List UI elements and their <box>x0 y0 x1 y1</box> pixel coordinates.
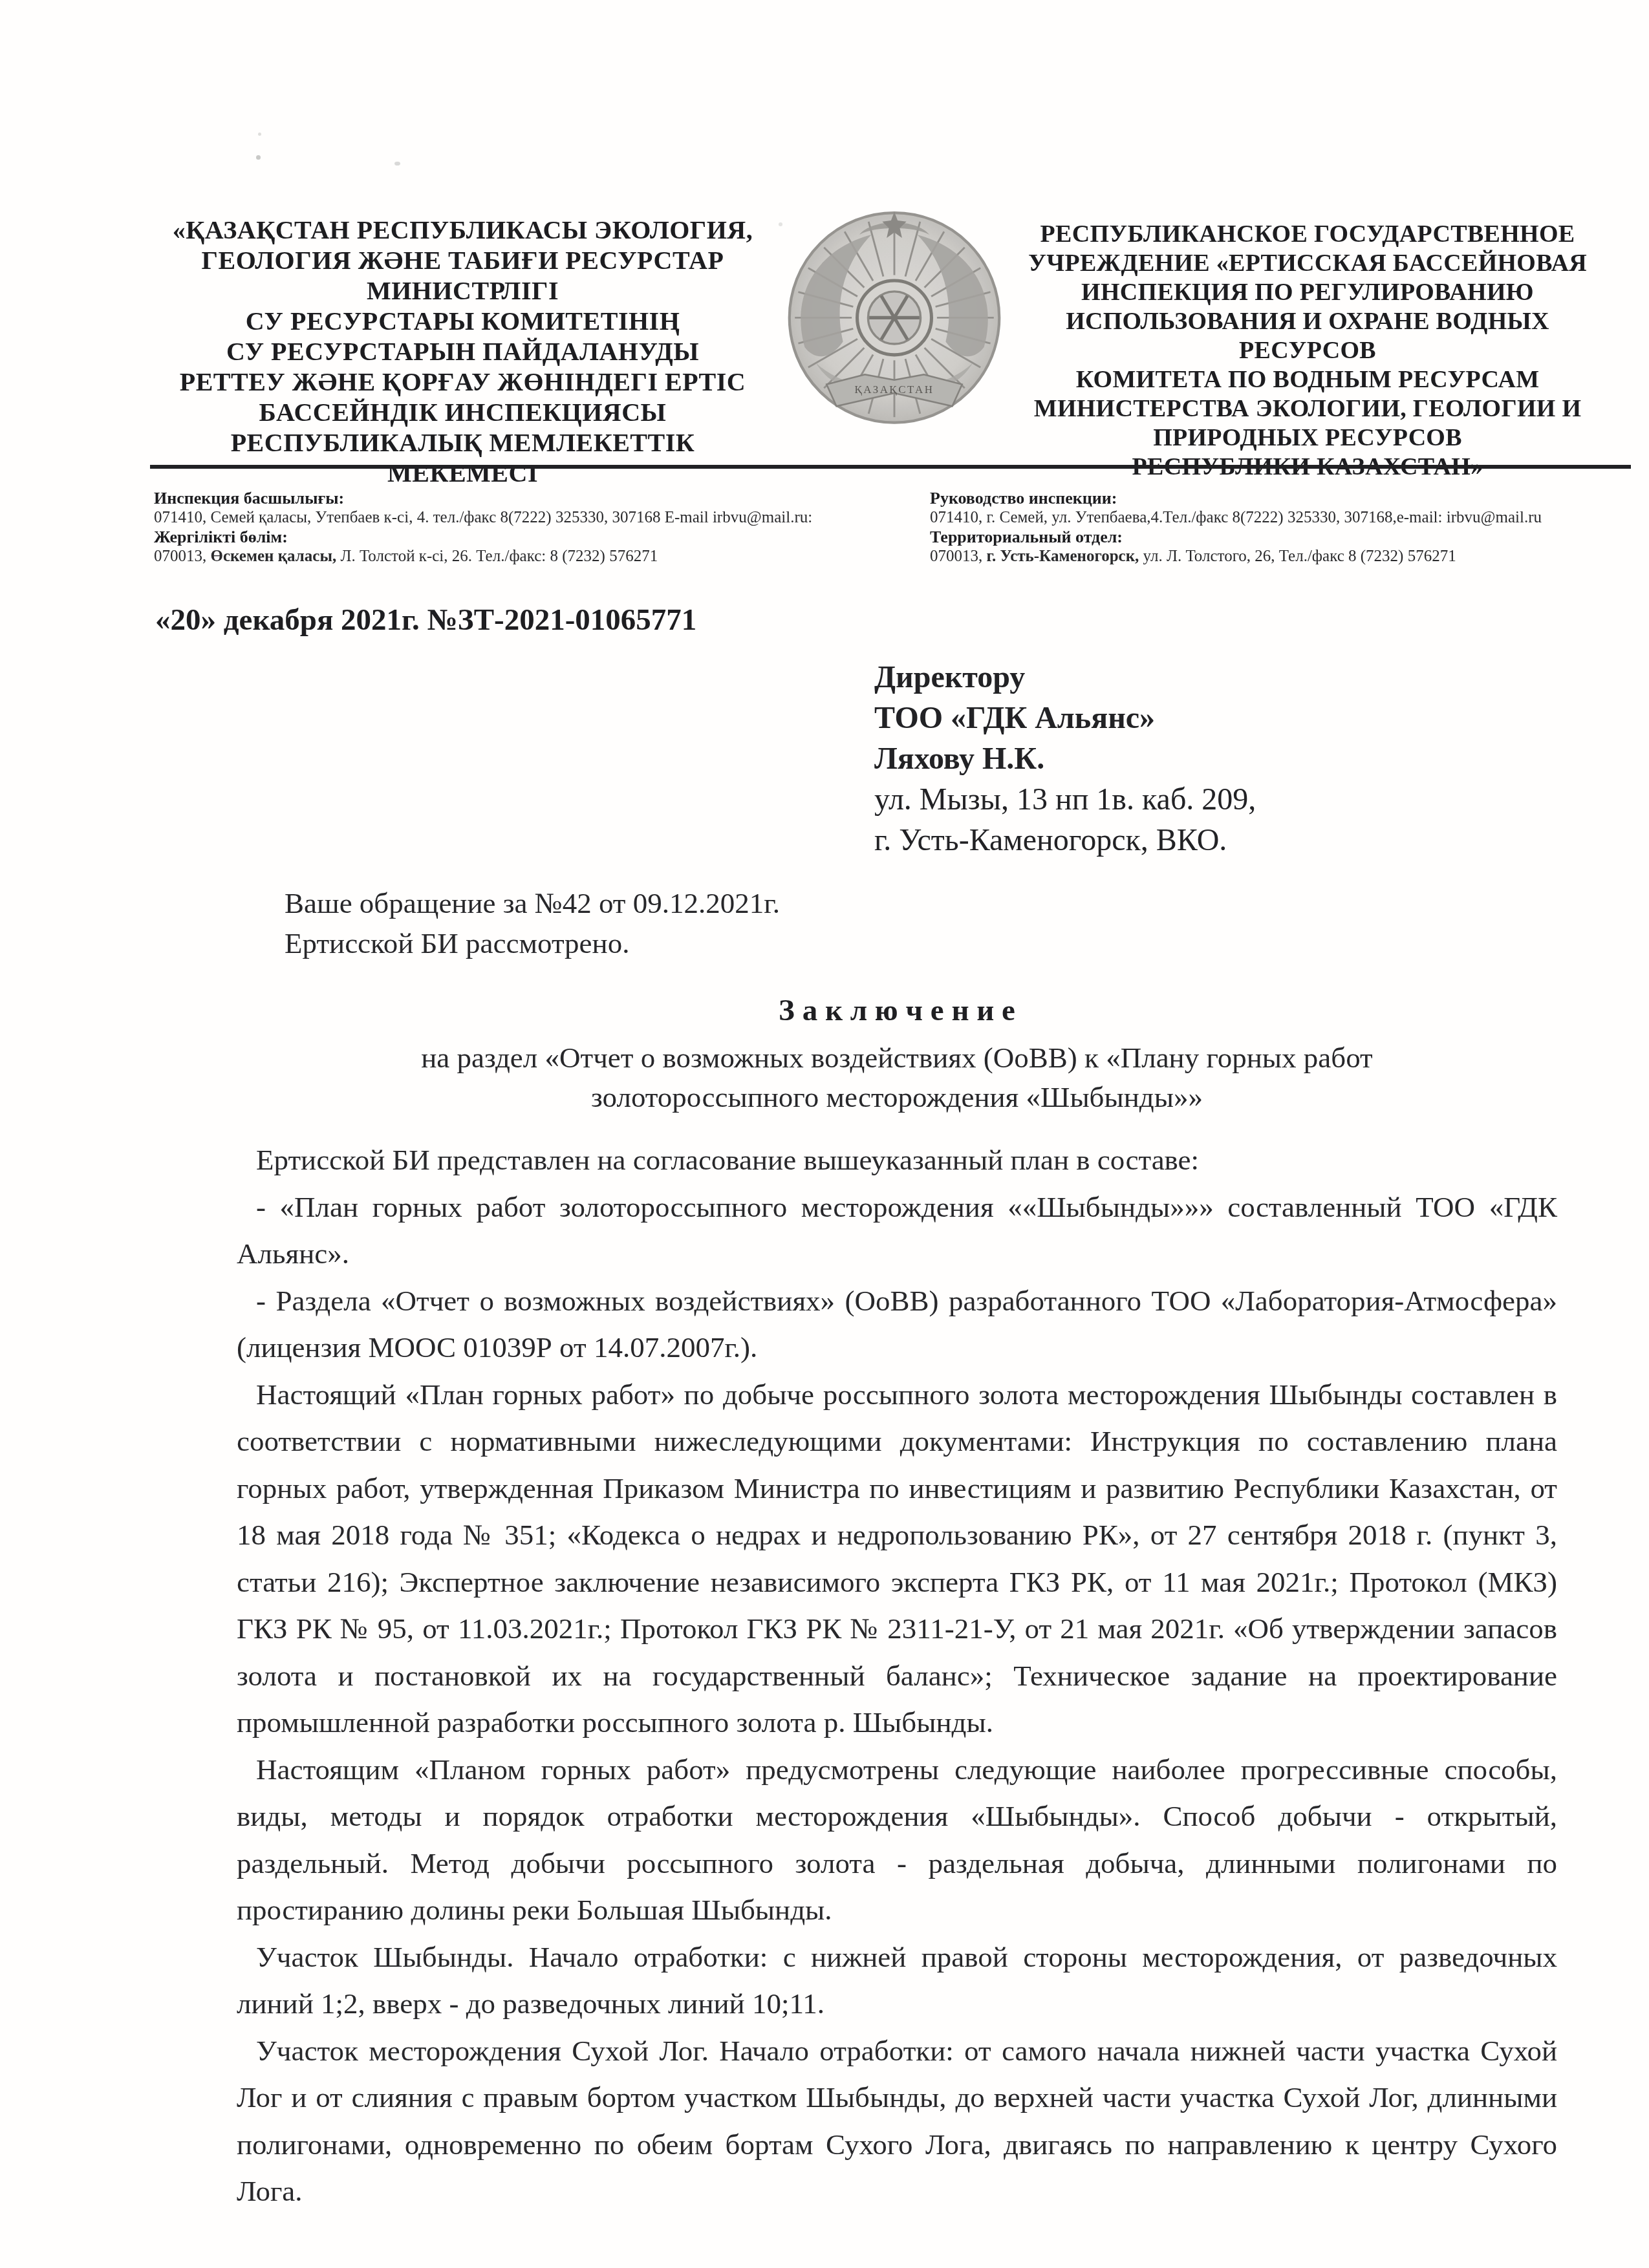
conclusion-title: З а к л ю ч е н и е <box>237 993 1557 1028</box>
contacts-kazakh: Инспекция басшылығы: 071410, Семей қалас… <box>154 489 904 566</box>
org-right-line: РЕСПУБЛИКАНСКОЕ ГОСУДАРСТВЕННОЕ <box>1020 220 1595 249</box>
contacts-right-title2: Территориальный отдел: <box>930 528 1615 547</box>
body-paragraph: - Раздела «Отчет о возможных воздействия… <box>237 1278 1557 1371</box>
conclusion-subtitle-line: на раздел «Отчет о возможных воздействия… <box>237 1038 1557 1078</box>
body-paragraph: Настоящим «Планом горных работ» предусмо… <box>237 1746 1557 1934</box>
contacts-left-title1: Инспекция басшылығы: <box>154 489 904 508</box>
org-left-line: РЕСПУБЛИКАЛЫҚ МЕМЛЕКЕТТІК МЕКЕМЕСІ <box>160 427 765 488</box>
scan-speck <box>258 133 261 136</box>
org-right-line: КОМИТЕТА ПО ВОДНЫМ РЕСУРСАМ <box>1020 365 1595 394</box>
contacts-left-title2: Жергілікті бөлім: <box>154 528 904 547</box>
address2-prefix: 070013, <box>930 548 987 565</box>
document-page: { "header": { "left_org": { "lines": [ "… <box>0 0 1649 2268</box>
intro-block: Ваше обращение за №42 от 09.12.2021г. Ер… <box>285 883 780 963</box>
scan-speck <box>394 162 400 166</box>
address2-rest: ул. Л. Толстого, 26, Тел./факс 8 (7232) … <box>1139 548 1456 565</box>
org-right-line: МИНИСТЕРСТВА ЭКОЛОГИИ, ГЕОЛОГИИ И <box>1020 394 1595 423</box>
address2-city: Өскемен қаласы, <box>211 548 337 565</box>
body-paragraph: Ертисской БИ представлен на согласование… <box>237 1137 1557 1184</box>
addressee-street: ул. Мызы, 13 нп 1в. каб. 209, <box>874 779 1256 820</box>
org-left-line: СУ РЕСУРСТАРЫ КОМИТЕТІНІҢ <box>160 306 765 336</box>
contacts-left-address2: 070013, Өскемен қаласы, Л. Толстой к-сі,… <box>154 547 904 566</box>
org-left-line: СУ РЕСУРСТАРЫН ПАЙДАЛАНУДЫ <box>160 336 765 367</box>
org-left-line: МИНИСТРЛІГІ <box>160 275 765 306</box>
body-paragraph: Участок месторождения Сухой Лог. Начало … <box>237 2027 1557 2215</box>
contacts-russian: Руководство инспекции: 071410, г. Семей,… <box>930 489 1615 566</box>
conclusion-heading: З а к л ю ч е н и е на раздел «Отчет о в… <box>237 993 1557 1117</box>
scan-speck <box>256 155 261 160</box>
address2-prefix: 070013, <box>154 548 211 565</box>
org-left-line: ГЕОЛОГИЯ ЖӘНЕ ТАБИҒИ РЕСУРСТАР <box>160 245 765 275</box>
addressee-block: Директору ТОО «ГДК Альянс» Ляхову Н.К. у… <box>874 657 1256 861</box>
address2-city: г. Усть-Каменогорск, <box>987 548 1139 565</box>
address2-rest: Л. Толстой к-сі, 26. Тел./факс: 8 (7232)… <box>336 548 658 565</box>
header-divider-rule <box>150 465 1631 469</box>
org-left-line: «ҚАЗАҚСТАН РЕСПУБЛИКАСЫ ЭКОЛОГИЯ, <box>160 215 765 245</box>
body-paragraph: - «План горных работ золотороссыпного ме… <box>237 1184 1557 1278</box>
org-right-line: ИНСПЕКЦИЯ ПО РЕГУЛИРОВАНИЮ <box>1020 278 1595 307</box>
scan-speck <box>779 222 782 226</box>
org-right-line: УЧРЕЖДЕНИЕ «ЕРТИССКАЯ БАССЕЙНОВАЯ <box>1020 249 1595 278</box>
org-right-line: ПРИРОДНЫХ РЕСУРСОВ <box>1020 423 1595 453</box>
addressee-company: ТОО «ГДК Альянс» <box>874 698 1256 738</box>
org-right-line: РЕСУРСОВ <box>1020 336 1595 365</box>
body-paragraph: Участок Шыбынды. Начало отработки: с ниж… <box>237 1934 1557 2027</box>
conclusion-subtitle-line: золотороссыпного месторождения «Шыбынды»… <box>237 1078 1557 1117</box>
org-name-kazakh: «ҚАЗАҚСТАН РЕСПУБЛИКАСЫ ЭКОЛОГИЯ, ГЕОЛОГ… <box>160 215 765 488</box>
intro-line: Ертисской БИ рассмотрено. <box>285 923 780 963</box>
addressee-city: г. Усть-Каменогорск, ВКО. <box>874 820 1256 861</box>
contacts-right-title1: Руководство инспекции: <box>930 489 1615 508</box>
org-left-line: БАССЕЙНДІК ИНСПЕКЦИЯСЫ <box>160 397 765 427</box>
org-name-russian: РЕСПУБЛИКАНСКОЕ ГОСУДАРСТВЕННОЕ УЧРЕЖДЕН… <box>1020 220 1595 482</box>
org-right-line: ИСПОЛЬЗОВАНИЯ И ОХРАНЕ ВОДНЫХ <box>1020 307 1595 336</box>
date-and-number: «20» декабря 2021г. №ЗТ-2021-01065771 <box>155 603 696 637</box>
emblem-banner-text: ҚАЗАҚСТАН <box>855 383 934 396</box>
letter-body: Ертисской БИ представлен на согласование… <box>237 1137 1557 2215</box>
addressee-position: Директору <box>874 657 1256 698</box>
intro-line: Ваше обращение за №42 от 09.12.2021г. <box>285 883 780 923</box>
body-paragraph: Настоящий «План горных работ» по добыче … <box>237 1371 1557 1746</box>
contacts-left-address1: 071410, Семей қаласы, Утепбаев к-сі, 4. … <box>154 508 904 528</box>
kazakhstan-coat-of-arms-icon: ҚАЗАҚСТАН <box>785 209 1004 436</box>
addressee-person: Ляхову Н.К. <box>874 738 1256 779</box>
contacts-right-address2: 070013, г. Усть-Каменогорск, ул. Л. Толс… <box>930 547 1615 566</box>
contacts-right-address1: 071410, г. Семей, ул. Утепбаева,4.Тел./ф… <box>930 508 1615 528</box>
org-left-line: РЕТТЕУ ЖӘНЕ ҚОРҒАУ ЖӨНІНДЕГІ ЕРТІС <box>160 367 765 397</box>
